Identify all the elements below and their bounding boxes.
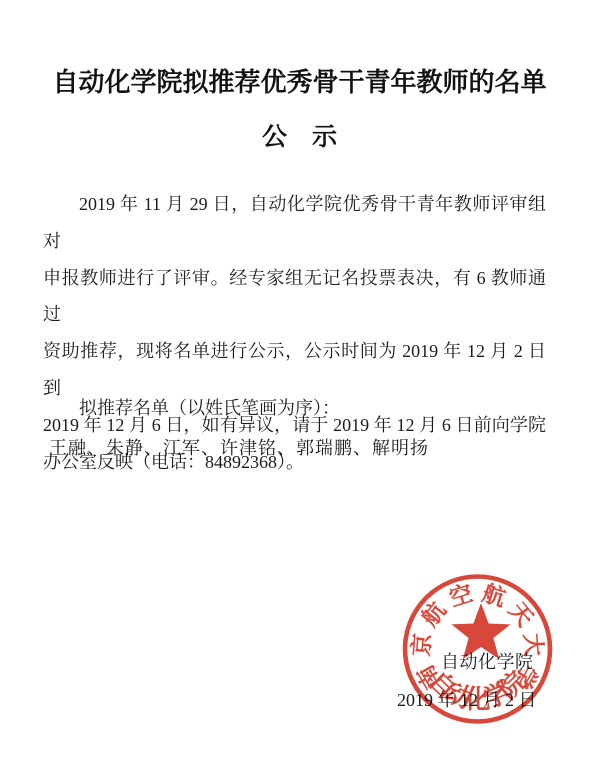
seal-star-icon <box>452 603 511 659</box>
recommend-list-heading: 拟推荐名单（以姓氏笔画为序）： <box>43 394 546 420</box>
body-line-2: 申报教师进行了评审。经专家组无记名投票表决，有 6 教师通过 <box>43 260 546 334</box>
page-title: 自动化学院拟推荐优秀骨干青年教师的名单 <box>0 62 599 99</box>
seal-graphic: 南 京 航 空 航 天 大 学 自 动 化 学 院 <box>393 564 569 740</box>
page-subtitle: 公 示 <box>0 117 599 153</box>
seal-ring-char: 航 <box>479 580 509 612</box>
seal-ring-char: 大 <box>519 632 547 657</box>
seal-ring-char: 京 <box>408 632 436 657</box>
recommended-names: 王融、朱静、江军、许津铭、郭瑞鹏、解明扬 <box>49 434 569 460</box>
seal-inner-text: 自 动 化 学 院 <box>423 665 532 714</box>
announcement-document: 自动化学院拟推荐优秀骨干青年教师的名单 公 示 2019 年 11 月 29 日… <box>0 0 599 761</box>
seal-ring-char: 空 <box>446 580 476 612</box>
body-line-1: 2019 年 11 月 29 日，自动化学院优秀骨干青年教师评审组对 <box>43 186 546 260</box>
official-seal: 南 京 航 空 航 天 大 学 自 动 化 学 院 <box>393 564 569 740</box>
